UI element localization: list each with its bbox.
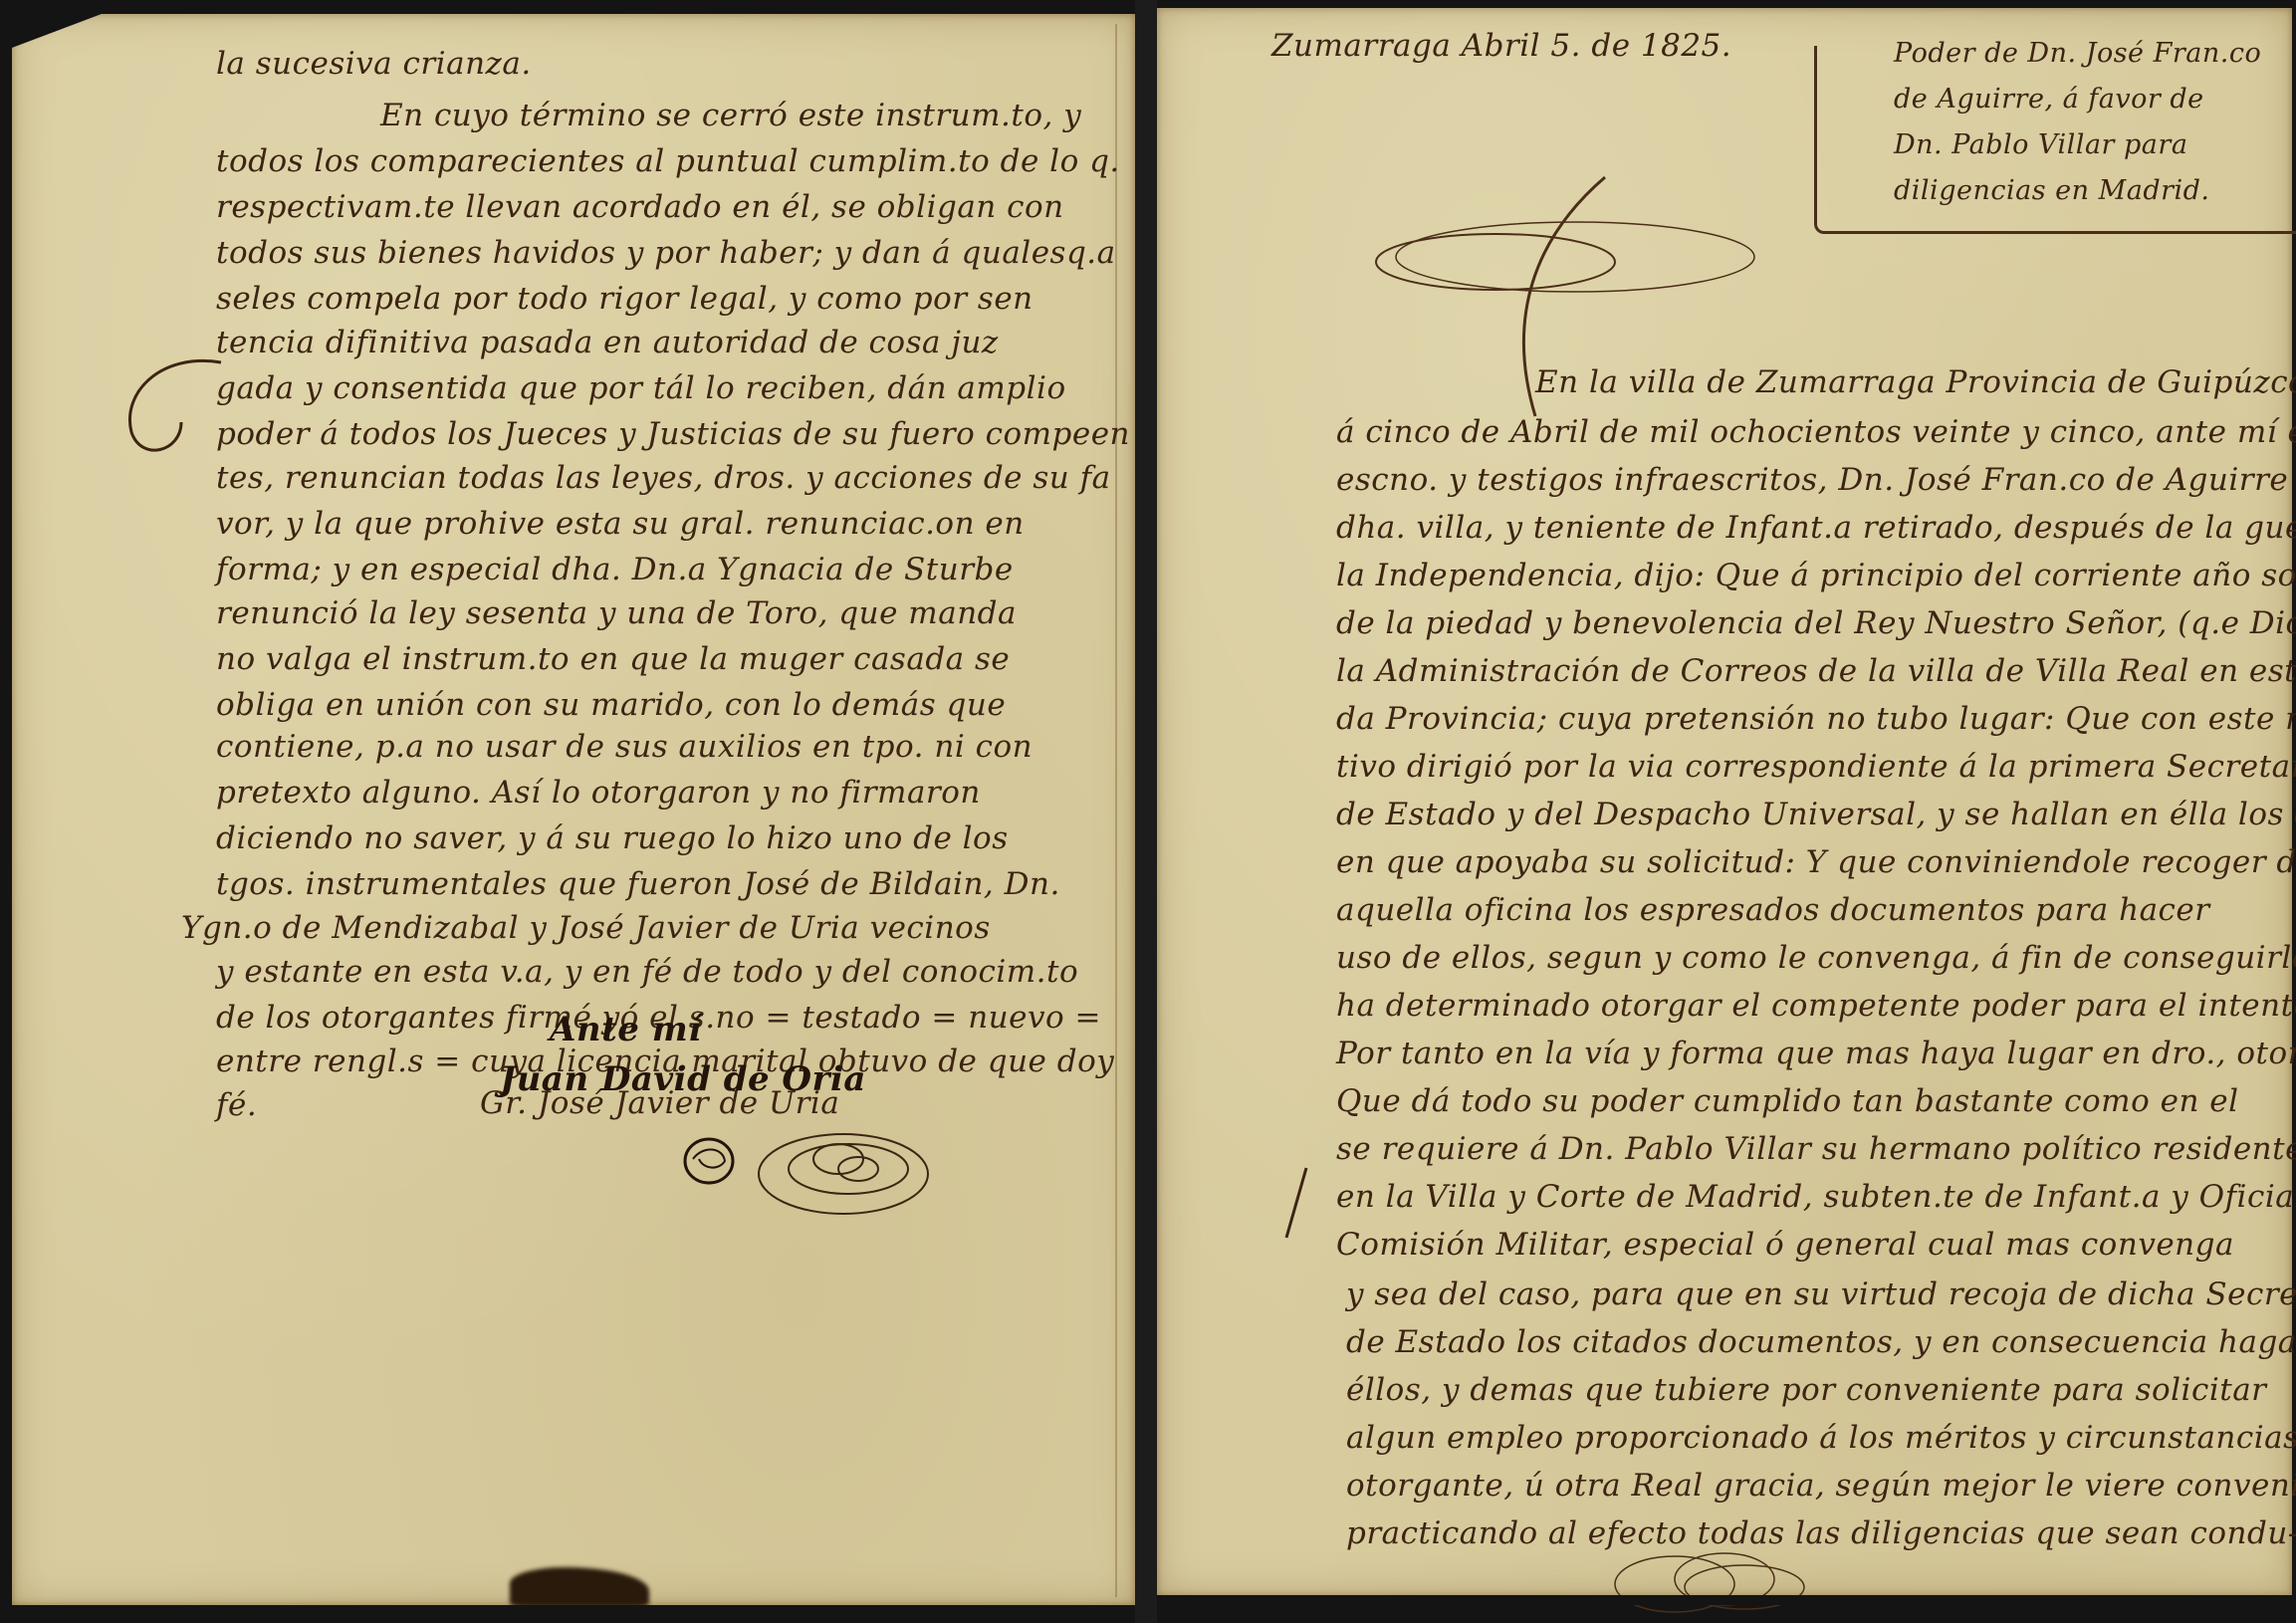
text-line: éllos, y demas que tubiere por convenien…: [1346, 1372, 2267, 1408]
notary-signature-ante-mi: Ante mí: [550, 1010, 702, 1049]
margin-note-line: Poder de Dn. José Fran.co: [1894, 38, 2261, 69]
text-line: Ygn.o de Mendizabal y José Javier de Uri…: [181, 910, 991, 946]
text-line: pretexto alguno. Así lo otorgaron y no f…: [216, 775, 981, 811]
book-gutter: [1135, 0, 1157, 1623]
margin-flourish: [121, 352, 241, 462]
text-line: se requiere á Dn. Pablo Villar su herman…: [1336, 1131, 2296, 1167]
text-line: de Estado los citados documentos, y en c…: [1346, 1324, 2296, 1360]
text-line: escno. y testigos infraescritos, Dn. Jos…: [1336, 462, 2296, 498]
text-line: en la Villa y Corte de Madrid, subten.te…: [1336, 1179, 2296, 1215]
text-line: respectivam.te llevan acordado en él, se…: [216, 189, 1064, 225]
text-line: de la piedad y benevolencia del Rey Nues…: [1336, 605, 2296, 641]
text-line: Comisión Militar, especial ó general cua…: [1336, 1227, 2234, 1263]
text-line: En cuyo término se cerró este instrum.to…: [380, 98, 1081, 133]
text-line: vor, y la que prohive esta su gral. renu…: [216, 506, 1025, 542]
text-line: aquella oficina los espresados documento…: [1336, 892, 2210, 928]
closing-flourish: [1595, 1549, 1814, 1619]
text-line: seles compela por todo rigor legal, y co…: [216, 281, 1033, 317]
text-line: la Administración de Correos de la villa…: [1336, 653, 2296, 689]
notary-rubric: [679, 1129, 739, 1189]
text-line: Por tanto en la vía y forma que mas haya…: [1336, 1036, 2296, 1071]
text-line: de Estado y del Despacho Universal, y se…: [1336, 797, 2296, 832]
text-line: uso de ellos, segun y como le convenga, …: [1336, 940, 2296, 976]
text-line: todos sus bienes havidos y por haber; y …: [216, 235, 1116, 271]
text-line: obliga en unión con su marido, con lo de…: [216, 687, 1006, 723]
text-line: algun empleo proporcionado á los méritos…: [1346, 1420, 2296, 1456]
notary-signature-name: Juan David de Oria: [500, 1059, 866, 1099]
margin-note-line: diligencias en Madrid.: [1894, 175, 2210, 206]
margin-note-line: de Aguirre, á favor de: [1894, 84, 2204, 115]
text-line: practicando al efecto todas las diligenc…: [1346, 1515, 2296, 1551]
text-line: renunció la ley sesenta y una de Toro, q…: [216, 595, 1017, 631]
text-line: En la villa de Zumarraga Provincia de Gu…: [1535, 364, 2296, 400]
text-line: gada y consentida que por tál lo reciben…: [216, 370, 1066, 406]
text-line: todos los comparecientes al puntual cump…: [216, 143, 1120, 179]
text-line: fé.: [216, 1087, 257, 1123]
paraph-flourish: [749, 1119, 948, 1229]
page-bottom-edge: [1157, 1595, 2292, 1605]
text-line: tes, renuncian todas las leyes, dros. y …: [216, 460, 1111, 496]
text-line: forma; y en especial dha. Dn.a Ygnacia d…: [216, 552, 1014, 587]
text-line: dha. villa, y teniente de Infant.a retir…: [1336, 510, 2296, 546]
text-line: diciendo no saver, y á su ruego lo hizo …: [216, 820, 1009, 856]
left-folio: la sucesiva crianza. En cuyo término se …: [12, 14, 1135, 1605]
margin-mark: [1276, 1163, 1316, 1243]
text-line: otorgante, ú otra Real gracia, según mej…: [1346, 1468, 2296, 1504]
text-line: da Provincia; cuya pretensión no tubo lu…: [1336, 701, 2296, 737]
header-place-date: Zumarraga Abril 5. de 1825.: [1271, 28, 1731, 64]
text-line: tivo dirigió por la via correspondiente …: [1336, 749, 2296, 785]
text-line: y estante en esta v.a, y en fé de todo y…: [216, 954, 1078, 990]
margin-note-line: Dn. Pablo Villar para: [1894, 129, 2187, 160]
text-line: á cinco de Abril de mil ochocientos vein…: [1336, 414, 2296, 450]
text-line: ha determinado otorgar el competente pod…: [1336, 988, 2296, 1024]
text-line: tgos. instrumentales que fueron José de …: [216, 866, 1060, 902]
text-line: no valga el instrum.to en que la muger c…: [216, 641, 1010, 677]
ink-stain: [510, 1567, 649, 1607]
right-folio: Zumarraga Abril 5. de 1825. Poder de Dn.…: [1157, 8, 2292, 1596]
text-line: tencia difinitiva pasada en autoridad de…: [216, 325, 999, 360]
text-line: en que apoyaba su solicitud: Y que convi…: [1336, 844, 2296, 880]
text-line: la sucesiva crianza.: [216, 46, 532, 82]
text-line: la Independencia, dijo: Que á principio …: [1336, 558, 2296, 593]
text-line: y sea del caso, para que en su virtud re…: [1346, 1276, 2296, 1312]
text-line: Que dá todo su poder cumplido tan bastan…: [1336, 1083, 2239, 1119]
text-line: contiene, p.a no usar de sus auxilios en…: [216, 729, 1033, 765]
text-line: poder á todos los Jueces y Justicias de …: [216, 416, 1130, 452]
